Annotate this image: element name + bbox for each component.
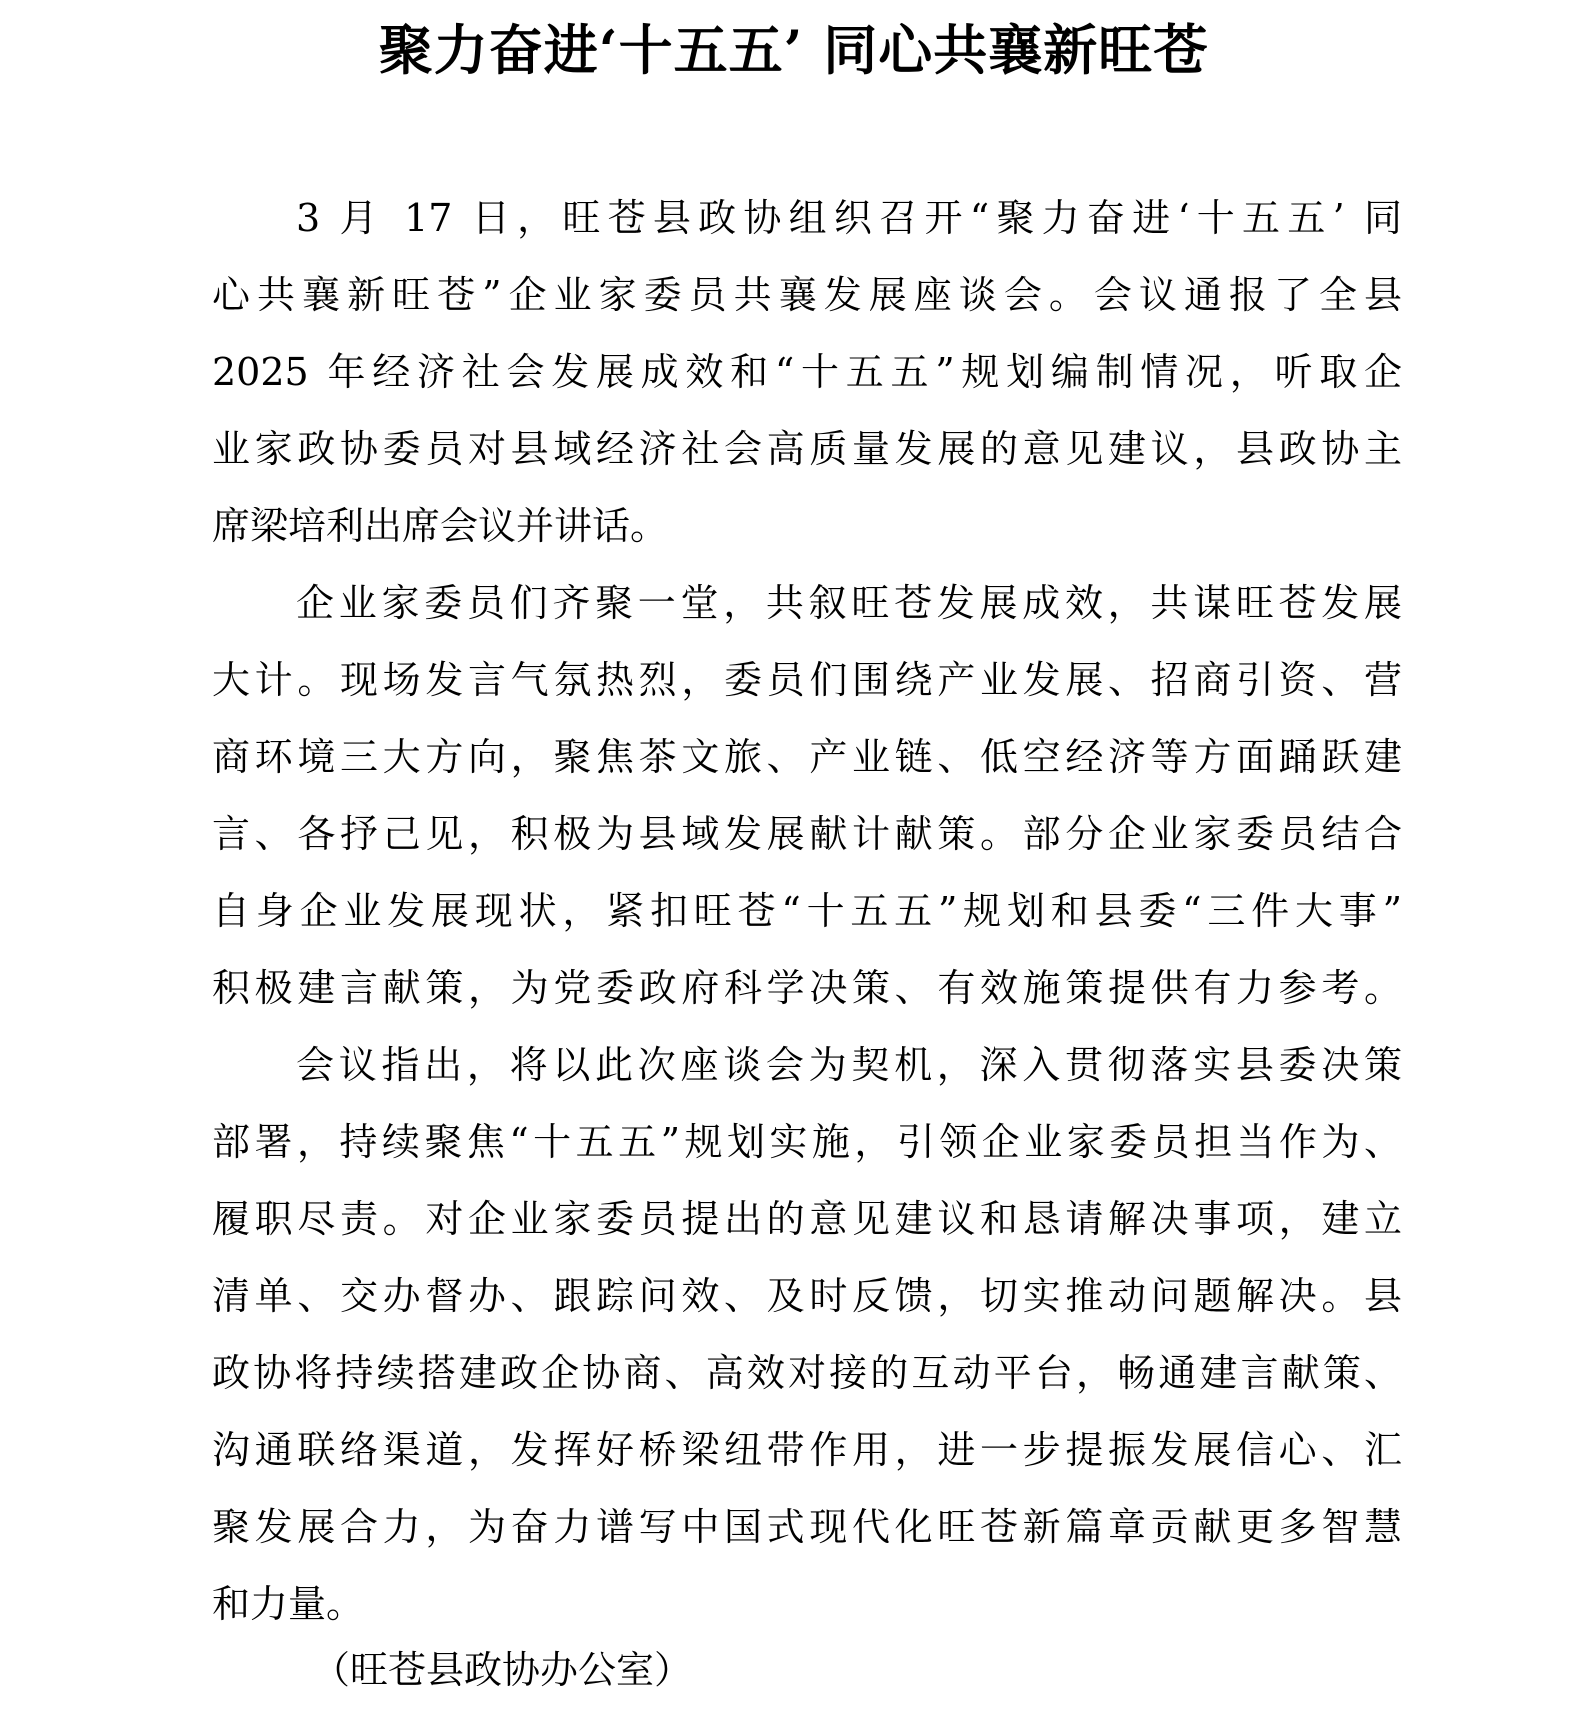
- document-title: 聚力奋进‘十五五’ 同心共襄新旺苍: [0, 10, 1587, 90]
- text-line: 言、各抒己见，积极为县域发展献计献策。部分企业家委员结合: [212, 796, 1402, 873]
- text-line: 2025 年经济社会发展成效和“十五五”规划编制情况，听取企: [212, 334, 1402, 411]
- text-line: 大计。现场发言气氛热烈，委员们围绕产业发展、招商引资、营: [212, 642, 1402, 719]
- text-line: 心共襄新旺苍”企业家委员共襄发展座谈会。会议通报了全县: [212, 257, 1402, 334]
- text-line: 业家政协委员对县域经济社会高质量发展的意见建议，县政协主: [212, 411, 1402, 488]
- text-line: 商环境三大方向，聚焦茶文旅、产业链、低空经济等方面踊跃建: [212, 719, 1402, 796]
- text-line: 部署，持续聚焦“十五五”规划实施，引领企业家委员担当作为、: [212, 1104, 1402, 1181]
- text-line: 3 月 17 日，旺苍县政协组织召开“聚力奋进‘十五五’ 同: [212, 180, 1402, 257]
- paragraph-2: 企业家委员们齐聚一堂，共叙旺苍发展成效，共谋旺苍发展 大计。现场发言气氛热烈，委…: [212, 565, 1402, 1027]
- text-line: 自身企业发展现状，紧扣旺苍“十五五”规划和县委“三件大事”: [212, 873, 1402, 950]
- text-line: 会议指出，将以此次座谈会为契机，深入贯彻落实县委决策: [212, 1027, 1402, 1104]
- paragraph-1: 3 月 17 日，旺苍县政协组织召开“聚力奋进‘十五五’ 同 心共襄新旺苍”企业…: [212, 180, 1402, 565]
- paragraph-3: 会议指出，将以此次座谈会为契机，深入贯彻落实县委决策 部署，持续聚焦“十五五”规…: [212, 1027, 1402, 1643]
- text-line: 席梁培利出席会议并讲话。: [212, 488, 1402, 565]
- document-signature: （旺苍县政协办公室）: [312, 1635, 692, 1705]
- text-line: 和力量。: [212, 1566, 1402, 1643]
- text-line: 沟通联络渠道，发挥好桥梁纽带作用，进一步提振发展信心、汇: [212, 1412, 1402, 1489]
- text-line: 政协将持续搭建政企协商、高效对接的互动平台，畅通建言献策、: [212, 1335, 1402, 1412]
- text-line: 积极建言献策，为党委政府科学决策、有效施策提供有力参考。: [212, 950, 1402, 1027]
- document-body: 3 月 17 日，旺苍县政协组织召开“聚力奋进‘十五五’ 同 心共襄新旺苍”企业…: [212, 180, 1402, 1643]
- text-line: 聚发展合力，为奋力谱写中国式现代化旺苍新篇章贡献更多智慧: [212, 1489, 1402, 1566]
- document-page: 聚力奋进‘十五五’ 同心共襄新旺苍 3 月 17 日，旺苍县政协组织召开“聚力奋…: [0, 0, 1587, 1710]
- text-line: 清单、交办督办、跟踪问效、及时反馈，切实推动问题解决。县: [212, 1258, 1402, 1335]
- text-line: 企业家委员们齐聚一堂，共叙旺苍发展成效，共谋旺苍发展: [212, 565, 1402, 642]
- text-line: 履职尽责。对企业家委员提出的意见建议和恳请解决事项，建立: [212, 1181, 1402, 1258]
